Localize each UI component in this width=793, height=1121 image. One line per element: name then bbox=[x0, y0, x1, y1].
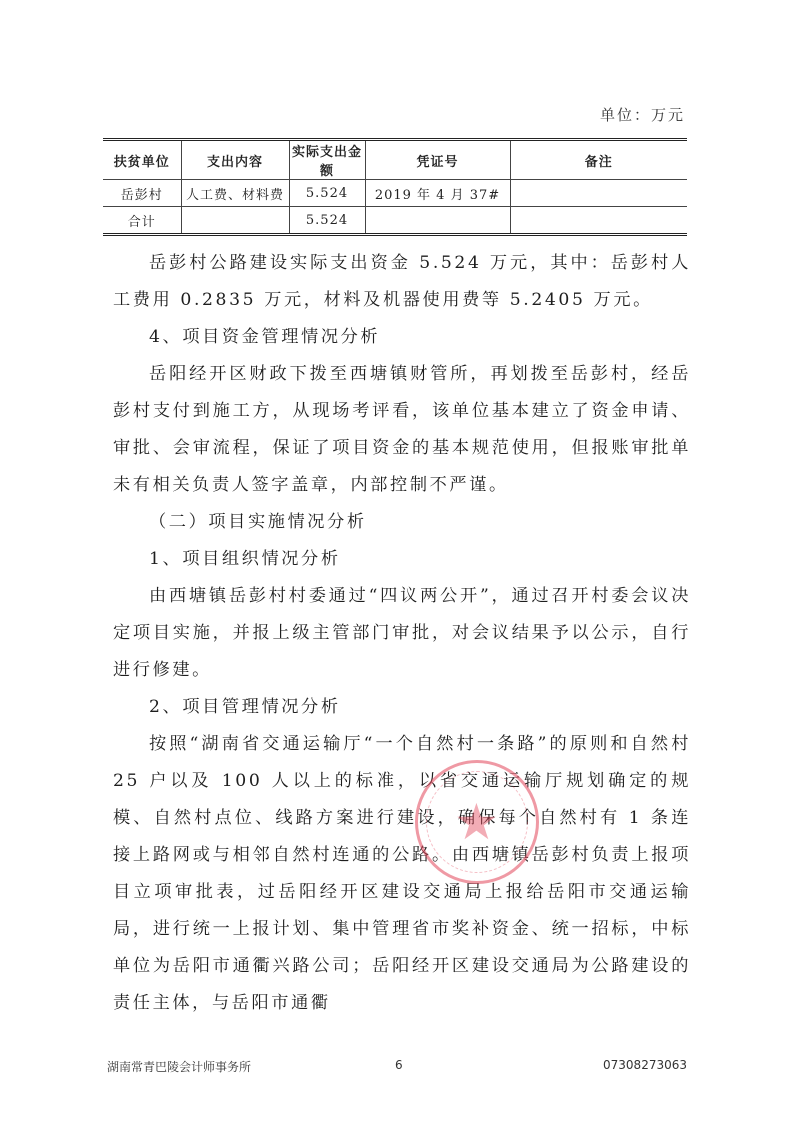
paragraph-organization: 由西塘镇岳彭村村委通过“四议两公开”，通过召开村委会议决定项目实施，并报上级主管… bbox=[113, 578, 691, 689]
heading-organization: 1、项目组织情况分析 bbox=[113, 541, 691, 578]
header-voucher: 凭证号 bbox=[365, 140, 510, 180]
unit-label: 单位：万元 bbox=[600, 104, 685, 125]
footer-page-number: 6 bbox=[395, 1058, 403, 1072]
cell-remarks bbox=[510, 207, 687, 235]
header-unit: 扶贫单位 bbox=[103, 140, 181, 180]
heading-management: 2、项目管理情况分析 bbox=[113, 689, 691, 726]
cell-voucher bbox=[365, 207, 510, 235]
document-page: 单位：万元 扶贫单位 支出内容 实际支出金额 凭证号 备注 岳彭村 人工费、材料… bbox=[0, 0, 793, 1121]
cell-total-amount: 5.524 bbox=[289, 207, 365, 235]
table-header-row: 扶贫单位 支出内容 实际支出金额 凭证号 备注 bbox=[103, 140, 687, 180]
cell-remarks bbox=[510, 180, 687, 207]
heading-implementation: （二）项目实施情况分析 bbox=[113, 504, 691, 541]
paragraph-fund-management: 岳阳经开区财政下拨至西塘镇财管所，再划拨至岳彭村，经岳彭村支付到施工方，从现场考… bbox=[113, 356, 691, 504]
table-total-row: 合计 5.524 bbox=[103, 207, 687, 235]
paragraph-expenditure-summary: 岳彭村公路建设实际支出资金 5.524 万元，其中：岳彭村人工费用 0.2835… bbox=[113, 245, 691, 319]
heading-fund-management: 4、项目资金管理情况分析 bbox=[113, 319, 691, 356]
cell-amount: 5.524 bbox=[289, 180, 365, 207]
header-remarks: 备注 bbox=[510, 140, 687, 180]
cell-total-label: 合计 bbox=[103, 207, 181, 235]
footer-phone: 07308273063 bbox=[603, 1058, 687, 1072]
header-content: 支出内容 bbox=[181, 140, 289, 180]
footer-firm-name: 湖南常青巴陵会计师事务所 bbox=[107, 1058, 251, 1075]
cell-voucher: 2019 年 4 月 37# bbox=[365, 180, 510, 207]
cell-content bbox=[181, 207, 289, 235]
document-body: 岳彭村公路建设实际支出资金 5.524 万元，其中：岳彭村人工费用 0.2835… bbox=[113, 245, 691, 1022]
paragraph-management: 按照“湖南省交通运输厅“一个自然村一条路”的原则和自然村 25 户以及 100 … bbox=[113, 726, 691, 1022]
table-row: 岳彭村 人工费、材料费 5.524 2019 年 4 月 37# bbox=[103, 180, 687, 207]
header-amount: 实际支出金额 bbox=[289, 140, 365, 180]
expenditure-table: 扶贫单位 支出内容 实际支出金额 凭证号 备注 岳彭村 人工费、材料费 5.52… bbox=[103, 138, 687, 236]
cell-content: 人工费、材料费 bbox=[181, 180, 289, 207]
cell-unit: 岳彭村 bbox=[103, 180, 181, 207]
